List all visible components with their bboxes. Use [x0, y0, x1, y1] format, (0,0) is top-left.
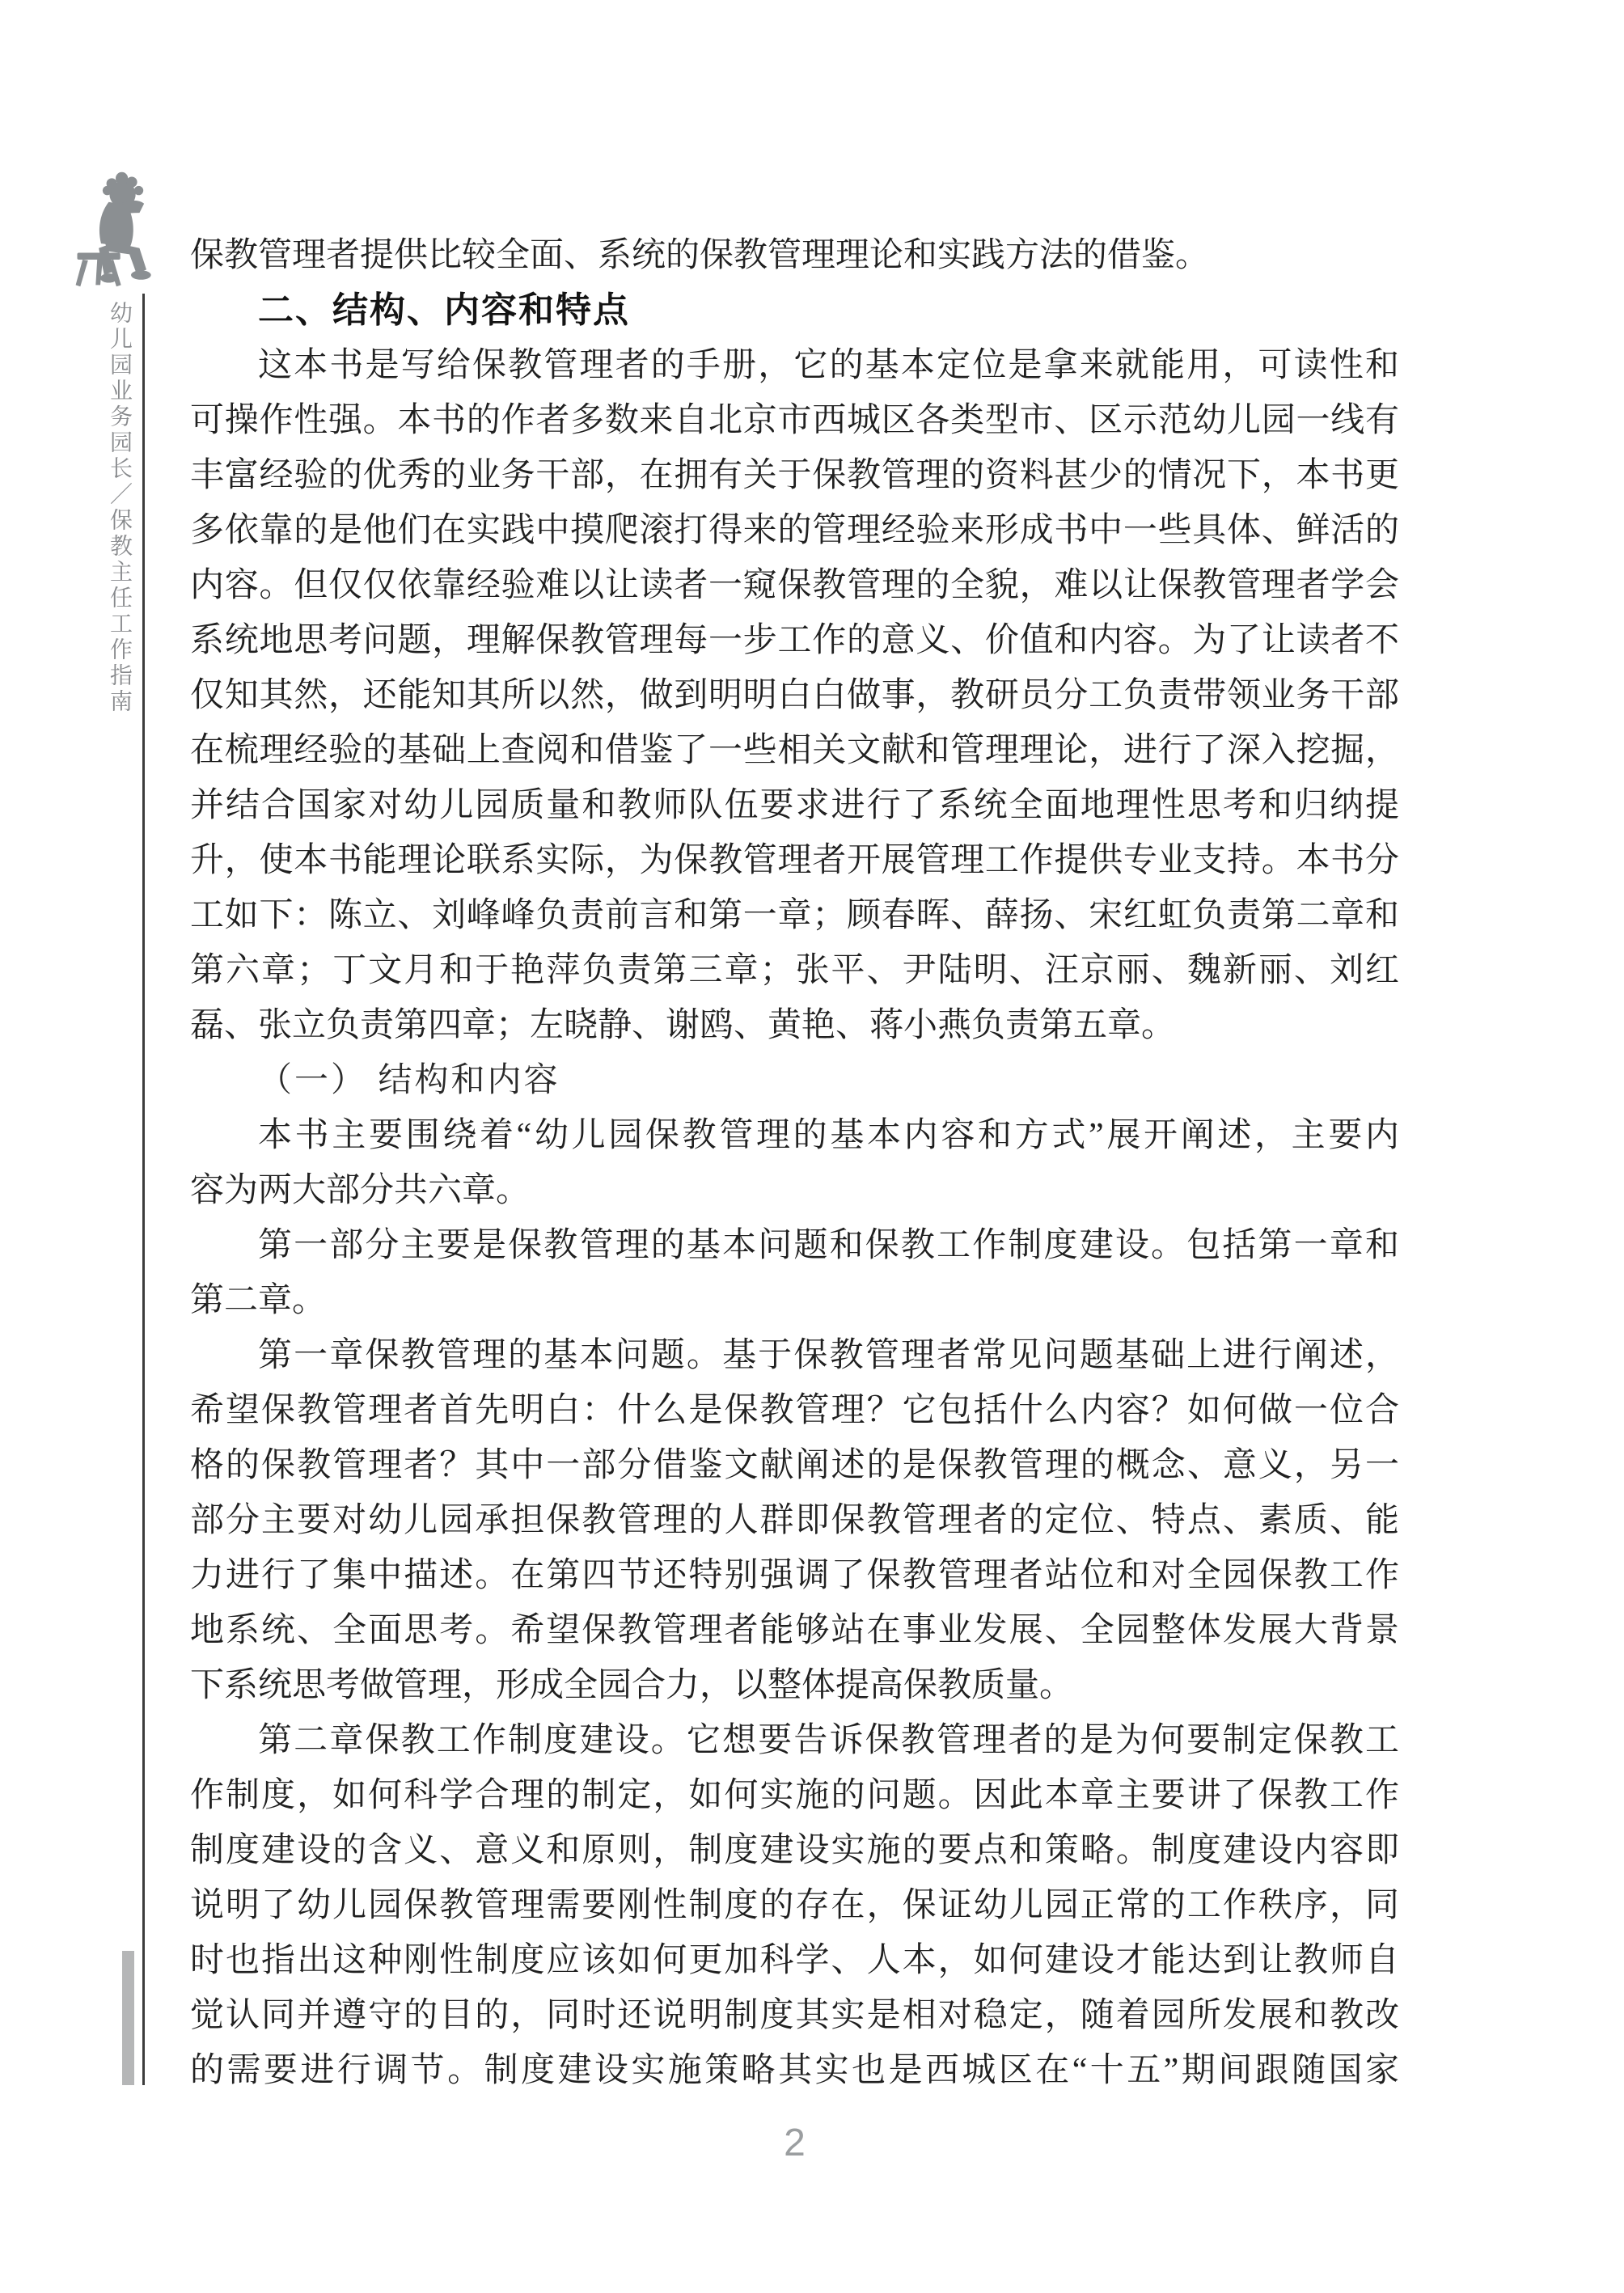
- sidebar-vertical-rule: [142, 294, 145, 2085]
- text-line: 工如下：陈立、刘峰峰负责前言和第一章；顾春晖、薛扬、宋红虹负责第二章和: [190, 888, 1399, 943]
- text-line: 制度建设的含义、意义和原则，制度建设实施的要点和策略。制度建设内容即: [190, 1823, 1399, 1878]
- text-line: 第一部分主要是保教管理的基本问题和保教工作制度建设。包括第一章和: [190, 1218, 1399, 1273]
- text-line: 第二章。: [190, 1273, 1399, 1328]
- text-line: 本书主要围绕着“幼儿园保教管理的基本内容和方式”展开阐述，主要内: [190, 1108, 1399, 1163]
- sidebar-accent-bar: [122, 1951, 134, 2085]
- text-line: 这本书是写给保教管理者的手册，它的基本定位是拿来就能用，可读性和: [190, 338, 1399, 393]
- text-line: 希望保教管理者首先明白：什么是保教管理？它包括什么内容？如何做一位合: [190, 1383, 1399, 1438]
- body-text: 保教管理者提供比较全面、系统的保教管理理论和实践方法的借鉴。二、结构、内容和特点…: [190, 228, 1399, 2098]
- sidebar-book-title: 幼儿园业务园长／保教主任工作指南: [104, 301, 136, 754]
- text-line: 可操作性强。本书的作者多数来自北京市西城区各类型市、区示范幼儿园一线有: [190, 393, 1399, 448]
- text-line: 丰富经验的优秀的业务干部，在拥有关于保教管理的资料甚少的情况下，本书更: [190, 448, 1399, 503]
- text-line: 容为两大部分共六章。: [190, 1163, 1399, 1218]
- text-line: 作制度，如何科学合理的制定，如何实施的问题。因此本章主要讲了保教工作: [190, 1768, 1399, 1823]
- text-line: 力进行了集中描述。在第四节还特别强调了保教管理者站位和对全园保教工作: [190, 1548, 1399, 1603]
- text-line: 地系统、全面思考。希望保教管理者能够站在事业发展、全园整体发展大背景: [190, 1603, 1399, 1658]
- text-line: 并结合国家对幼儿园质量和教师队伍要求进行了系统全面地理性思考和归纳提: [190, 778, 1399, 833]
- text-line: 第二章保教工作制度建设。它想要告诉保教管理者的是为何要制定保教工: [190, 1713, 1399, 1768]
- text-line: 部分主要对幼儿园承担保教管理的人群即保教管理者的定位、特点、素质、能: [190, 1493, 1399, 1548]
- book-page: 幼儿园业务园长／保教主任工作指南 保教管理者提供比较全面、系统的保教管理理论和实…: [0, 0, 1624, 2293]
- page-number: 2: [190, 2116, 1399, 2171]
- text-line: 说明了幼儿园保教管理需要刚性制度的存在，保证幼儿园正常的工作秩序，同: [190, 1878, 1399, 1933]
- text-line: 仅知其然，还能知其所以然，做到明明白白做事，教研员分工负责带领业务干部: [190, 668, 1399, 723]
- text-line: 升，使本书能理论联系实际，为保教管理者开展管理工作提供专业支持。本书分: [190, 833, 1399, 888]
- text-line: （一） 结构和内容: [190, 1053, 1399, 1108]
- text-line: 第六章；丁文月和于艳萍负责第三章；张平、尹陆明、汪京丽、魏新丽、刘红: [190, 943, 1399, 998]
- text-line: 系统地思考问题，理解保教管理每一步工作的意义、价值和内容。为了让读者不: [190, 613, 1399, 668]
- text-line: 保教管理者提供比较全面、系统的保教管理理论和实践方法的借鉴。: [190, 228, 1399, 283]
- text-line: 在梳理经验的基础上查阅和借鉴了一些相关文献和管理理论，进行了深入挖掘，: [190, 723, 1399, 778]
- children-silhouette-icon: [73, 168, 159, 291]
- text-line: 下系统思考做管理，形成全园合力，以整体提高保教质量。: [190, 1658, 1399, 1713]
- section-heading: 二、结构、内容和特点: [190, 283, 1399, 338]
- text-line: 第一章保教管理的基本问题。基于保教管理者常见问题基础上进行阐述，: [190, 1328, 1399, 1383]
- text-line: 觉认同并遵守的目的，同时还说明制度其实是相对稳定，随着园所发展和教改: [190, 1988, 1399, 2043]
- text-line: 的需要进行调节。制度建设实施策略其实也是西城区在“十五”期间跟随国家: [190, 2043, 1399, 2098]
- text-line: 时也指出这种刚性制度应该如何更加科学、人本，如何建设才能达到让教师自: [190, 1933, 1399, 1988]
- text-line: 多依靠的是他们在实践中摸爬滚打得来的管理经验来形成书中一些具体、鲜活的: [190, 503, 1399, 558]
- text-line: 磊、张立负责第四章；左晓静、谢鸥、黄艳、蒋小燕负责第五章。: [190, 998, 1399, 1053]
- text-line: 内容。但仅仅依靠经验难以让读者一窥保教管理的全貌，难以让保教管理者学会: [190, 558, 1399, 613]
- text-line: 格的保教管理者？其中一部分借鉴文献阐述的是保教管理的概念、意义，另一: [190, 1438, 1399, 1493]
